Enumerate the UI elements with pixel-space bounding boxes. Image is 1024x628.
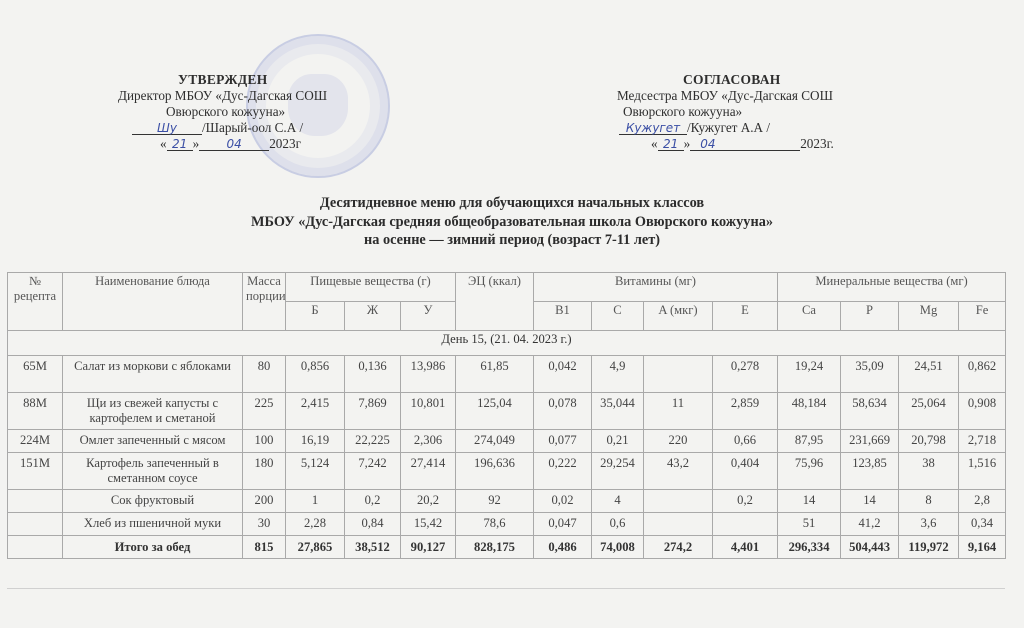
- cell-b1: 0,078: [534, 393, 592, 430]
- cell-p: 41,2: [841, 513, 899, 536]
- cell-a: [644, 356, 713, 393]
- cell-dish-name: Салат из моркови с яблоками: [63, 356, 243, 393]
- cell-ca: 19,24: [778, 356, 841, 393]
- title-line-1: Десятидневное меню для обучающихся начал…: [0, 194, 1024, 213]
- cell-e: 0,2: [713, 490, 778, 513]
- cell-recipe-no: 88М: [8, 393, 63, 430]
- col-dish-name: Наименование блюда: [63, 273, 243, 331]
- cell-c: 0,6: [592, 513, 644, 536]
- col-energy: ЭЦ (ккал): [456, 273, 534, 331]
- cell-e: [713, 513, 778, 536]
- cell-portion-mass: 815: [243, 536, 286, 559]
- cell-energy: 125,04: [456, 393, 534, 430]
- col-recipe-no: № рецепта: [8, 273, 63, 331]
- table-row: Хлеб из пшеничной муки302,280,8415,4278,…: [8, 513, 1006, 536]
- cell-a: 43,2: [644, 453, 713, 490]
- cell-ca: 87,95: [778, 430, 841, 453]
- cell-b1: 0,486: [534, 536, 592, 559]
- cell-portion-mass: 180: [243, 453, 286, 490]
- cell-carbs: 20,2: [401, 490, 456, 513]
- cell-p: 504,443: [841, 536, 899, 559]
- approval-position: Директор МБОУ «Дус-Дагская СОШ: [118, 88, 327, 104]
- cell-fe: 9,164: [959, 536, 1006, 559]
- cell-fe: 2,718: [959, 430, 1006, 453]
- agreement-block: СОГЛАСОВАН Медсестра МБОУ «Дус-Дагская С…: [617, 72, 834, 152]
- cell-e: 2,859: [713, 393, 778, 430]
- cell-e: 0,278: [713, 356, 778, 393]
- cell-a: [644, 490, 713, 513]
- agreement-name: /Кужугет А.А /: [687, 120, 770, 135]
- cell-recipe-no: [8, 490, 63, 513]
- cell-mg: 20,798: [899, 430, 959, 453]
- approval-heading: УТВЕРЖДЕН: [178, 72, 268, 87]
- cell-fat: 0,84: [345, 513, 401, 536]
- cell-b1: 0,042: [534, 356, 592, 393]
- table-row: 224МОмлет запеченный с мясом10016,1922,2…: [8, 430, 1006, 453]
- agreement-day: 21: [663, 137, 678, 151]
- col-portion-mass: Масса порции: [243, 273, 286, 331]
- col-e: E: [713, 302, 778, 331]
- cell-e: 0,404: [713, 453, 778, 490]
- agreement-signature: Кужугет: [626, 121, 680, 135]
- cell-b1: 0,047: [534, 513, 592, 536]
- approval-year: 2023г: [269, 136, 301, 151]
- col-group-nutrients: Пищевые вещества (г): [286, 273, 456, 302]
- agreement-organization: Овюрского кожууна»: [617, 104, 834, 120]
- cell-protein: 2,28: [286, 513, 345, 536]
- cell-recipe-no: 224М: [8, 430, 63, 453]
- cell-carbs: 10,801: [401, 393, 456, 430]
- col-mg: Mg: [899, 302, 959, 331]
- cell-mg: 8: [899, 490, 959, 513]
- cell-portion-mass: 30: [243, 513, 286, 536]
- cell-mg: 119,972: [899, 536, 959, 559]
- cell-energy: 92: [456, 490, 534, 513]
- cell-fat: 0,2: [345, 490, 401, 513]
- approval-month: 04: [227, 137, 242, 151]
- cell-carbs: 2,306: [401, 430, 456, 453]
- cell-protein: 5,124: [286, 453, 345, 490]
- cell-protein: 0,856: [286, 356, 345, 393]
- cell-c: 35,044: [592, 393, 644, 430]
- cell-p: 14: [841, 490, 899, 513]
- cell-fe: 2,8: [959, 490, 1006, 513]
- cell-carbs: 15,42: [401, 513, 456, 536]
- approval-signature: Шу: [157, 121, 177, 135]
- day-label: День 15, (21. 04. 2023 г.): [8, 331, 1006, 356]
- cell-carbs: 90,127: [401, 536, 456, 559]
- cell-energy: 78,6: [456, 513, 534, 536]
- cell-dish-name: Омлет запеченный с мясом: [63, 430, 243, 453]
- cell-p: 35,09: [841, 356, 899, 393]
- total-row: Итого за обед81527,86538,51290,127828,17…: [8, 536, 1006, 559]
- agreement-heading: СОГЛАСОВАН: [683, 72, 781, 87]
- cell-fe: 0,34: [959, 513, 1006, 536]
- col-ca: Ca: [778, 302, 841, 331]
- cell-protein: 2,415: [286, 393, 345, 430]
- cell-energy: 196,636: [456, 453, 534, 490]
- agreement-position: Медсестра МБОУ «Дус-Дагская СОШ: [617, 88, 834, 104]
- cell-recipe-no: 65М: [8, 356, 63, 393]
- col-protein: Б: [286, 302, 345, 331]
- table-row: 65МСалат из моркови с яблоками800,8560,1…: [8, 356, 1006, 393]
- cell-fat: 7,869: [345, 393, 401, 430]
- cell-recipe-no: [8, 536, 63, 559]
- cell-portion-mass: 100: [243, 430, 286, 453]
- col-group-vitamins: Витамины (мг): [534, 273, 778, 302]
- col-a: A (мкг): [644, 302, 713, 331]
- cell-carbs: 27,414: [401, 453, 456, 490]
- cell-c: 0,21: [592, 430, 644, 453]
- approval-day: 21: [172, 137, 187, 151]
- cell-protein: 1: [286, 490, 345, 513]
- cell-mg: 24,51: [899, 356, 959, 393]
- cell-energy: 274,049: [456, 430, 534, 453]
- cell-portion-mass: 225: [243, 393, 286, 430]
- table-row: 151МКартофель запеченный в сметанном соу…: [8, 453, 1006, 490]
- cell-fat: 22,225: [345, 430, 401, 453]
- cell-a: [644, 513, 713, 536]
- title-line-3: на осенне — зимний период (возраст 7-11 …: [0, 231, 1024, 250]
- document-title: Десятидневное меню для обучающихся начал…: [0, 194, 1024, 250]
- cell-dish-name: Хлеб из пшеничной муки: [63, 513, 243, 536]
- cell-fe: 0,908: [959, 393, 1006, 430]
- title-line-2: МБОУ «Дус-Дагская средняя общеобразовате…: [0, 213, 1024, 232]
- cell-fe: 0,862: [959, 356, 1006, 393]
- cell-carbs: 13,986: [401, 356, 456, 393]
- cell-a: 274,2: [644, 536, 713, 559]
- cell-e: 0,66: [713, 430, 778, 453]
- cell-mg: 38: [899, 453, 959, 490]
- cell-ca: 48,184: [778, 393, 841, 430]
- approval-organization: Овюрского кожууна»: [118, 104, 327, 120]
- cell-dish-name: Итого за обед: [63, 536, 243, 559]
- day-header-row: День 15, (21. 04. 2023 г.): [8, 331, 1006, 356]
- cell-p: 123,85: [841, 453, 899, 490]
- cell-c: 4,9: [592, 356, 644, 393]
- cell-p: 231,669: [841, 430, 899, 453]
- cell-protein: 27,865: [286, 536, 345, 559]
- approval-name: /Шарый-оол С.А /: [202, 120, 303, 135]
- cell-dish-name: Сок фруктовый: [63, 490, 243, 513]
- cell-c: 74,008: [592, 536, 644, 559]
- cell-b1: 0,077: [534, 430, 592, 453]
- cell-c: 29,254: [592, 453, 644, 490]
- cell-e: 4,401: [713, 536, 778, 559]
- col-c: C: [592, 302, 644, 331]
- cell-b1: 0,222: [534, 453, 592, 490]
- cell-recipe-no: 151М: [8, 453, 63, 490]
- header-row-1: № рецепта Наименование блюда Масса порци…: [8, 273, 1006, 302]
- agreement-year: 2023г.: [800, 136, 834, 151]
- cell-ca: 51: [778, 513, 841, 536]
- table-row: Сок фруктовый20010,220,2920,0240,2141482…: [8, 490, 1006, 513]
- cell-portion-mass: 200: [243, 490, 286, 513]
- cell-mg: 3,6: [899, 513, 959, 536]
- cell-c: 4: [592, 490, 644, 513]
- col-group-minerals: Минеральные вещества (мг): [778, 273, 1006, 302]
- col-fe: Fe: [959, 302, 1006, 331]
- cell-fe: 1,516: [959, 453, 1006, 490]
- cell-energy: 828,175: [456, 536, 534, 559]
- cell-b1: 0,02: [534, 490, 592, 513]
- cell-fat: 0,136: [345, 356, 401, 393]
- cell-a: 11: [644, 393, 713, 430]
- cell-a: 220: [644, 430, 713, 453]
- cell-dish-name: Щи из свежей капусты с картофелем и смет…: [63, 393, 243, 430]
- menu-table: № рецепта Наименование блюда Масса порци…: [7, 272, 1006, 559]
- cell-portion-mass: 80: [243, 356, 286, 393]
- col-fat: Ж: [345, 302, 401, 331]
- cell-fat: 7,242: [345, 453, 401, 490]
- cell-energy: 61,85: [456, 356, 534, 393]
- col-p: P: [841, 302, 899, 331]
- col-b1: B1: [534, 302, 592, 331]
- table-row: 88МЩи из свежей капусты с картофелем и с…: [8, 393, 1006, 430]
- cell-mg: 25,064: [899, 393, 959, 430]
- approval-block: УТВЕРЖДЕН Директор МБОУ «Дус-Дагская СОШ…: [118, 72, 327, 152]
- cell-protein: 16,19: [286, 430, 345, 453]
- agreement-month: 04: [690, 137, 715, 151]
- cell-ca: 75,96: [778, 453, 841, 490]
- divider: [7, 588, 1005, 589]
- cell-ca: 296,334: [778, 536, 841, 559]
- cell-p: 58,634: [841, 393, 899, 430]
- cell-dish-name: Картофель запеченный в сметанном соусе: [63, 453, 243, 490]
- col-carbs: У: [401, 302, 456, 331]
- cell-recipe-no: [8, 513, 63, 536]
- cell-ca: 14: [778, 490, 841, 513]
- cell-fat: 38,512: [345, 536, 401, 559]
